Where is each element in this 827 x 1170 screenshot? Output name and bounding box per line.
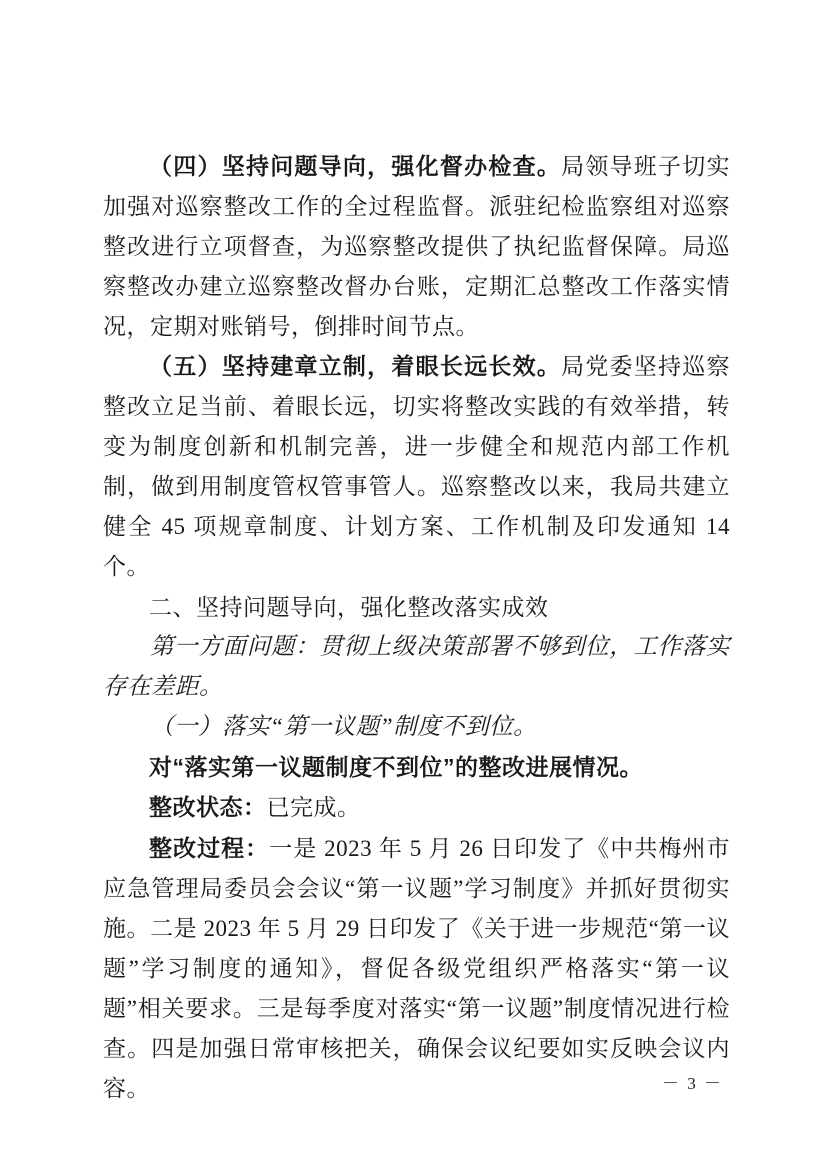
issue-1-title: （一）落实“第一议题”制度不到位。 — [103, 707, 730, 747]
section-2-heading: 二、坚持问题导向，强化整改落实成效 — [103, 587, 730, 627]
rectification-status-line: 整改状态：已完成。 — [103, 787, 730, 828]
paragraph-point-4: （四）坚持问题导向，强化督办检查。局领导班子切实加强对巡察整改工作的全过程监督。… — [103, 147, 730, 347]
document-page: （四）坚持问题导向，强化督办检查。局领导班子切实加强对巡察整改工作的全过程监督。… — [0, 0, 827, 1170]
paragraph-point-4-text: 局领导班子切实加强对巡察整改工作的全过程监督。派驻纪检监察组对巡察整改进行立项督… — [103, 154, 730, 339]
paragraph-point-5-text: 局党委坚持巡察整改立足当前、着眼长远，切实将整改实践的有效举措，转变为制度创新和… — [103, 354, 730, 579]
document-body: （四）坚持问题导向，强化督办检查。局领导班子切实加强对巡察整改工作的全过程监督。… — [103, 147, 730, 1109]
aspect-1-problem: 第一方面问题：贯彻上级决策部署不够到位，工作落实存在差距。 — [103, 627, 730, 707]
rectification-progress-title: 对“落实第一议题制度不到位”的整改进展情况。 — [103, 747, 730, 787]
rectification-status-value: 已完成。 — [267, 795, 361, 820]
paragraph-point-5-lead: （五）坚持建章立制，着眼长远长效。 — [149, 354, 561, 379]
paragraph-point-5: （五）坚持建章立制，着眼长远长效。局党委坚持巡察整改立足当前、着眼长远，切实将整… — [103, 347, 730, 587]
rectification-process-value: 一是 2023 年 5 月 26 日印发了《中共梅州市应急管理局委员会会议“第一… — [103, 836, 730, 1101]
rectification-status-label: 整改状态： — [149, 794, 267, 820]
page-number: － 3 － — [662, 1072, 723, 1096]
rectification-process-label: 整改过程： — [149, 835, 269, 861]
rectification-process-line: 整改过程：一是 2023 年 5 月 26 日印发了《中共梅州市应急管理局委员会… — [103, 828, 730, 1109]
paragraph-point-4-lead: （四）坚持问题导向，强化督办检查。 — [149, 154, 561, 179]
